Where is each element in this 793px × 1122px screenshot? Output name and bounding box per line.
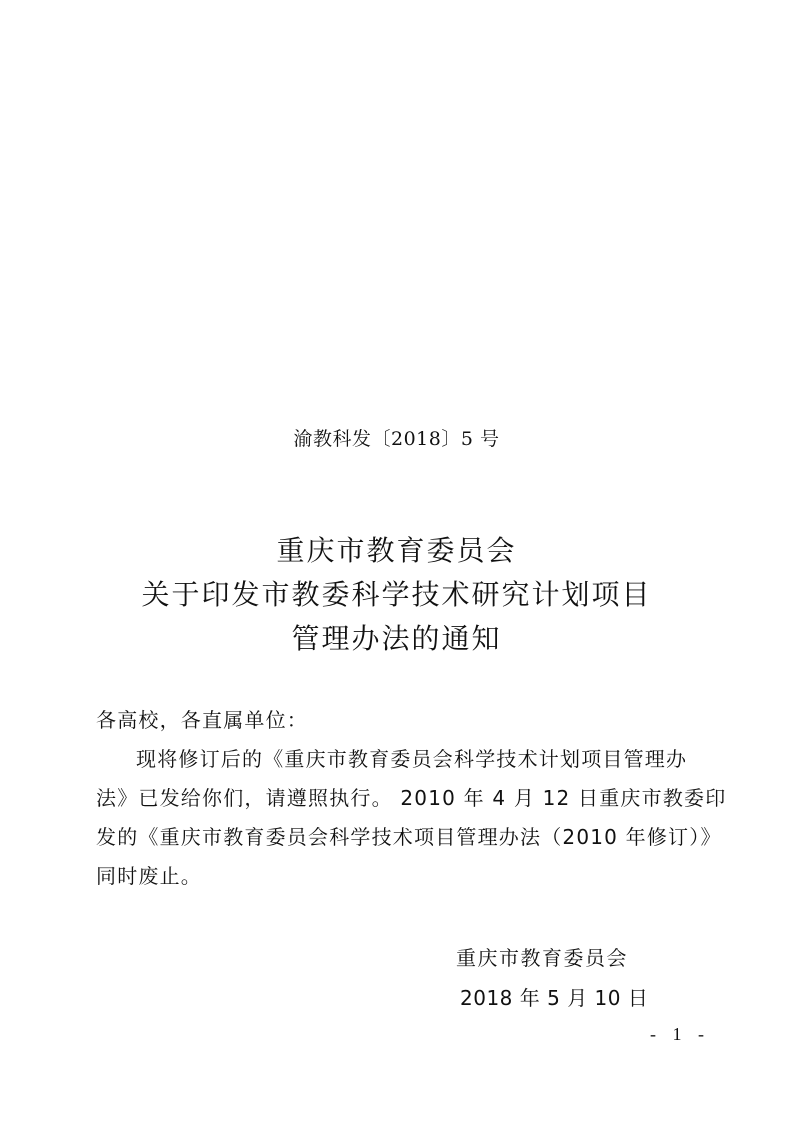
title-line-3: 管理办法的通知	[0, 617, 793, 661]
body-line-1: 现将修订后的《重庆市教育委员会科学技术计划项目管理办	[136, 745, 687, 773]
document-number: 渝教科发〔2018〕5 号	[0, 424, 793, 451]
title-line-1: 重庆市教育委员会	[0, 529, 793, 573]
body-line-3: 发的《重庆市教育委员会科学技术项目管理办法（2010 年修订）》	[96, 823, 722, 851]
salutation: 各高校，各直属单位：	[96, 706, 308, 734]
body-line-2: 法》已发给你们，请遵照执行。 2010 年 4 月 12 日重庆市教委印	[96, 784, 726, 812]
title-line-2: 关于印发市教委科学技术研究计划项目	[0, 573, 793, 617]
page-number: - 1 -	[650, 1024, 710, 1045]
signature-organization: 重庆市教育委员会	[456, 942, 628, 971]
signature-date: 2018 年 5 月 10 日	[460, 982, 648, 1011]
body-line-4: 同时废止。	[96, 862, 202, 890]
